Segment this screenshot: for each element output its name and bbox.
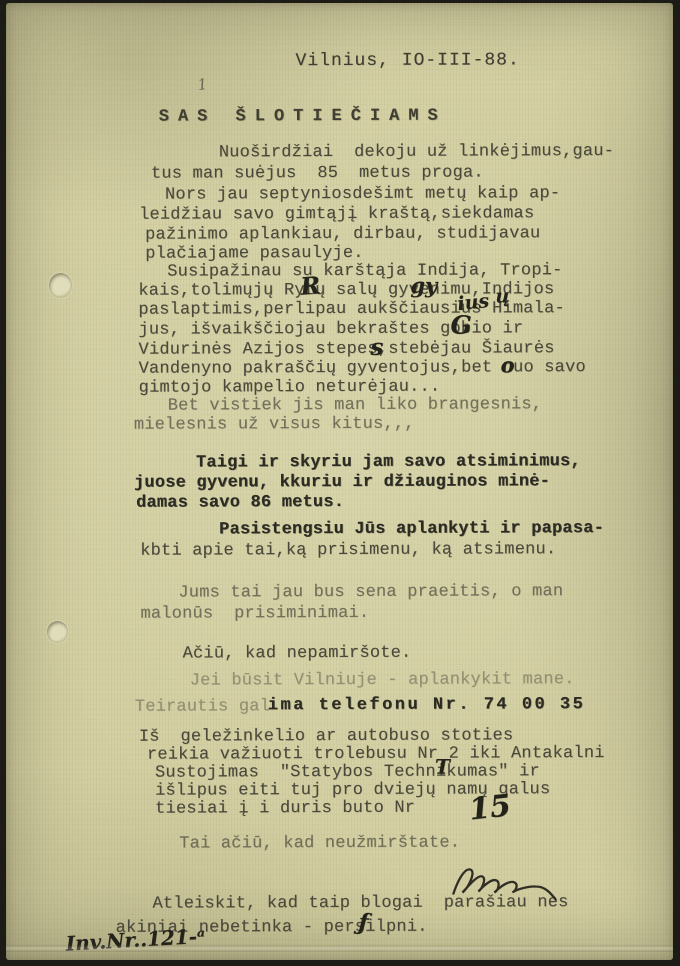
correction-gy: gy [410, 273, 437, 298]
typed-line: tus man suėjus 85 metus proga. [151, 163, 484, 184]
typed-line: Jei būsit Vilniuje - aplankykit mane. [190, 670, 575, 691]
typed-line: kbti apie tai,ką prisimenu, ką atsimenu. [140, 540, 556, 561]
letter-content: Vilnius, IO-III-88.SAS ŠLOTIEČIAMSNuošir… [4, 2, 674, 961]
apartment-number: 15 [467, 788, 512, 827]
correction-u: ų [495, 285, 509, 307]
correction-g: G [450, 311, 471, 340]
paper-crease [6, 945, 673, 952]
typed-line: Jums tai jau bus sena praeitis, o man [178, 582, 563, 603]
correction-r: R [299, 270, 321, 300]
salutation: SAS ŠLOTIEČIAMS [159, 107, 447, 128]
typed-line: juose gyvenu, kkuriu ir džiauginos minė- [134, 472, 550, 493]
typed-line: Tai ačiū, kad neužmirštate. [179, 834, 460, 855]
typed-line: damas savo 86 metus. [136, 493, 344, 514]
pencil-mark: 1 [196, 75, 208, 94]
letter-paper: Vilnius, IO-III-88.SAS ŠLOTIEČIAMSNuošir… [6, 3, 673, 960]
handwritten-signature [447, 857, 559, 905]
typed-line: mielesnis už visus kitus,,, [134, 415, 415, 436]
scanned-letter: Vilnius, IO-III-88.SAS ŠLOTIEČIAMSNuošir… [0, 0, 680, 966]
typed-line: Susipažinau su karštąja Indija, Tropi- [167, 261, 562, 282]
typed-line: pažinimo aplankiau, dirbau, studijavau [145, 224, 540, 245]
punch-hole-top [49, 273, 72, 298]
handwriting-layer: 1RgyųiusGsoT15ƒInv.Nr..121-ᵃ [4, 2, 671, 4]
punch-hole-bottom [47, 621, 68, 643]
typed-line: leidžiau savo gimtąjį kraštą,siekdamas [139, 204, 534, 225]
typed-lines: Vilnius, IO-III-88.SAS ŠLOTIEČIAMSNuošir… [4, 2, 671, 4]
typed-line: Nuoširdžiai dekoju už linkėjimus,gau- [219, 142, 614, 163]
typed-line: Nors jau septyniosdešimt metų kaip ap- [165, 184, 560, 205]
correction-o: o [501, 352, 515, 377]
typed-line: tiesiai į i duris buto Nr [155, 799, 415, 820]
typed-line: Teirautis gal [135, 697, 270, 717]
correction-s: s [370, 334, 383, 361]
correction-t: T [435, 755, 450, 779]
typed-line: Bet vistiek jis man liko brangesnis, [168, 395, 543, 416]
phone-line: ima telefonu Nr. 74 00 35 [268, 695, 586, 716]
date-line: Vilnius, IO-III-88. [295, 50, 519, 71]
typed-line: Pasistengsiu Jūs aplankyti ir papasa- [219, 519, 604, 540]
typed-line: Ačiū, kad nepamiršote. [183, 644, 412, 665]
typed-line: Vandenyno pakraščių gyventojus,bet nuo s… [139, 358, 586, 380]
typed-line: Taigi ir skyriu jam savo atsiminimus, [196, 452, 581, 473]
correction-slash: ƒ [358, 909, 370, 937]
typed-line: malonūs prisiminimai. [140, 604, 369, 625]
